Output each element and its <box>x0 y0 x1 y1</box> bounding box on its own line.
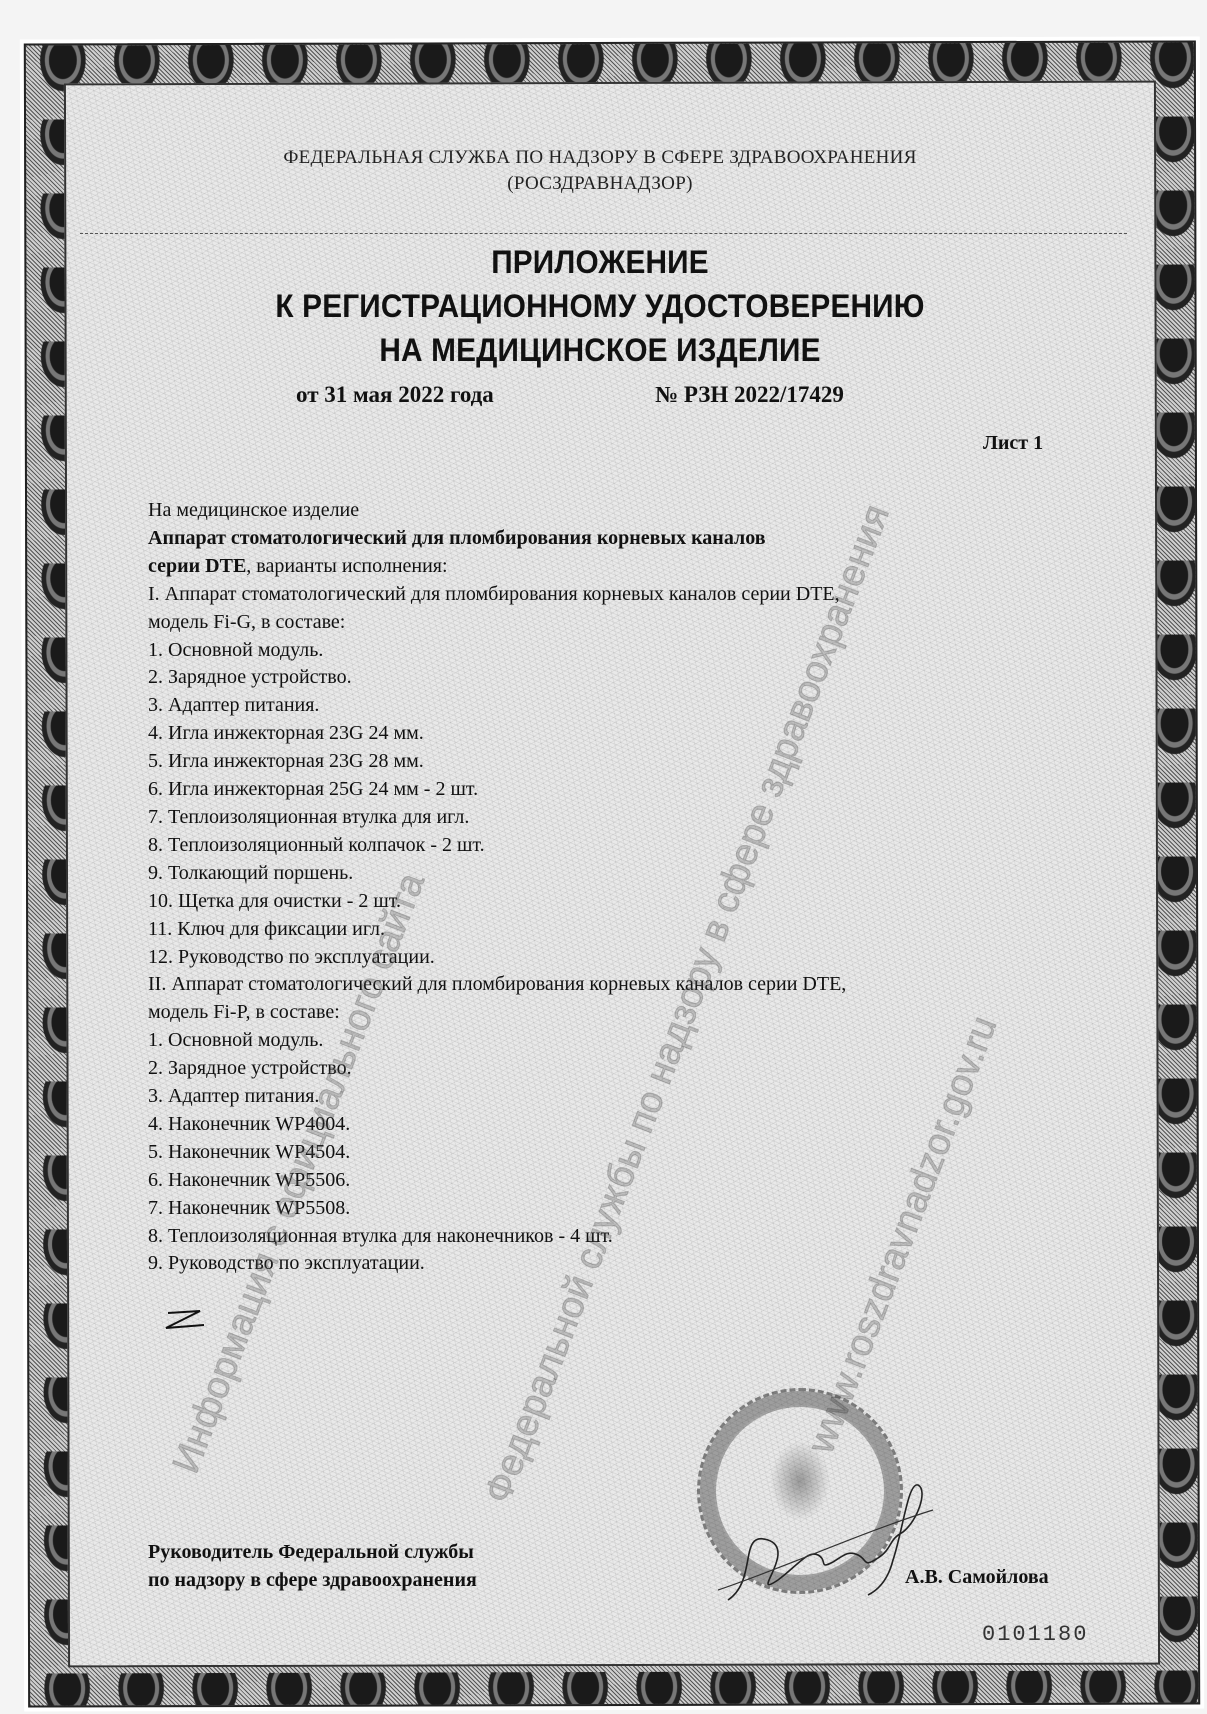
list-item: 6. Игла инжекторная 25G 24 мм - 2 шт. <box>148 776 1048 804</box>
list-item: 8. Теплоизоляционный колпачок - 2 шт. <box>148 832 1048 860</box>
document-content: ФЕДЕРАЛЬНАЯ СЛУЖБА ПО НАДЗОРУ В СФЕРЕ ЗД… <box>0 0 1207 1714</box>
title-line-3: НА МЕДИЦИНСКОЕ ИЗДЕЛИЕ <box>182 328 1019 372</box>
variant-1-heading: I. Аппарат стоматологический для пломбир… <box>148 581 1048 609</box>
handwritten-z-mark <box>160 1308 210 1332</box>
registration-number: № РЗН 2022/17429 <box>655 382 844 408</box>
sheet-number: Лист 1 <box>983 432 1043 455</box>
signatory-name: А.В. Самойлова <box>905 1566 1049 1589</box>
title-line-2: К РЕГИСТРАЦИОННОМУ УДОСТОВЕРЕНИЮ <box>182 284 1019 328</box>
signatory-position-line-1: Руководитель Федеральной службы <box>148 1538 477 1566</box>
variant-2-model: модель Fi-P, в составе: <box>148 999 1048 1027</box>
list-item: 11. Ключ для фиксации игл. <box>148 916 1048 944</box>
list-item: 1. Основной модуль. <box>148 1027 1048 1055</box>
product-name-line-1: Аппарат стоматологический для пломбирова… <box>148 525 1048 553</box>
variant-1-list: 1. Основной модуль.2. Зарядное устройств… <box>148 637 1048 972</box>
list-item: 1. Основной модуль. <box>148 637 1048 665</box>
list-item: 2. Зарядное устройство. <box>148 1055 1048 1083</box>
intro-text: На медицинское изделие <box>148 497 1048 525</box>
header-divider <box>80 233 1127 234</box>
document-title: ПРИЛОЖЕНИЕ К РЕГИСТРАЦИОННОМУ УДОСТОВЕРЕ… <box>182 240 1019 372</box>
product-series: серии DTE <box>148 555 246 577</box>
issue-date: от 31 мая 2022 года <box>296 382 494 408</box>
list-item: 4. Наконечник WP4004. <box>148 1111 1048 1139</box>
list-item: 9. Толкающий поршень. <box>148 860 1048 888</box>
list-item: 3. Адаптер питания. <box>148 692 1048 720</box>
product-name-line-2: серии DTE, варианты исполнения: <box>148 553 1048 581</box>
handwritten-signature <box>718 1470 948 1610</box>
title-line-1: ПРИЛОЖЕНИЕ <box>182 240 1019 284</box>
agency-short-name: (РОСЗДРАВНАДЗОР) <box>150 171 1050 197</box>
variant-2-heading: II. Аппарат стоматологический для пломби… <box>148 971 1048 999</box>
agency-name: ФЕДЕРАЛЬНАЯ СЛУЖБА ПО НАДЗОРУ В СФЕРЕ ЗД… <box>150 145 1050 171</box>
variant-1-model: модель Fi-G, в составе: <box>148 609 1048 637</box>
list-item: 4. Игла инжекторная 23G 24 мм. <box>148 720 1048 748</box>
issuing-agency: ФЕДЕРАЛЬНАЯ СЛУЖБА ПО НАДЗОРУ В СФЕРЕ ЗД… <box>150 145 1050 197</box>
list-item: 12. Руководство по эксплуатации. <box>148 944 1048 972</box>
list-item: 2. Зарядное устройство. <box>148 664 1048 692</box>
signatory-position: Руководитель Федеральной службы по надзо… <box>148 1538 477 1594</box>
list-item: 7. Теплоизоляционная втулка для игл. <box>148 804 1048 832</box>
list-item: 3. Адаптер питания. <box>148 1083 1048 1111</box>
signatory-position-line-2: по надзору в сфере здравоохранения <box>148 1566 477 1594</box>
list-item: 5. Игла инжекторная 23G 28 мм. <box>148 748 1048 776</box>
list-item: 10. Щетка для очистки - 2 шт. <box>148 888 1048 916</box>
product-variants-label: , варианты исполнения: <box>246 555 447 577</box>
form-serial-number: 0101180 <box>982 1622 1088 1647</box>
